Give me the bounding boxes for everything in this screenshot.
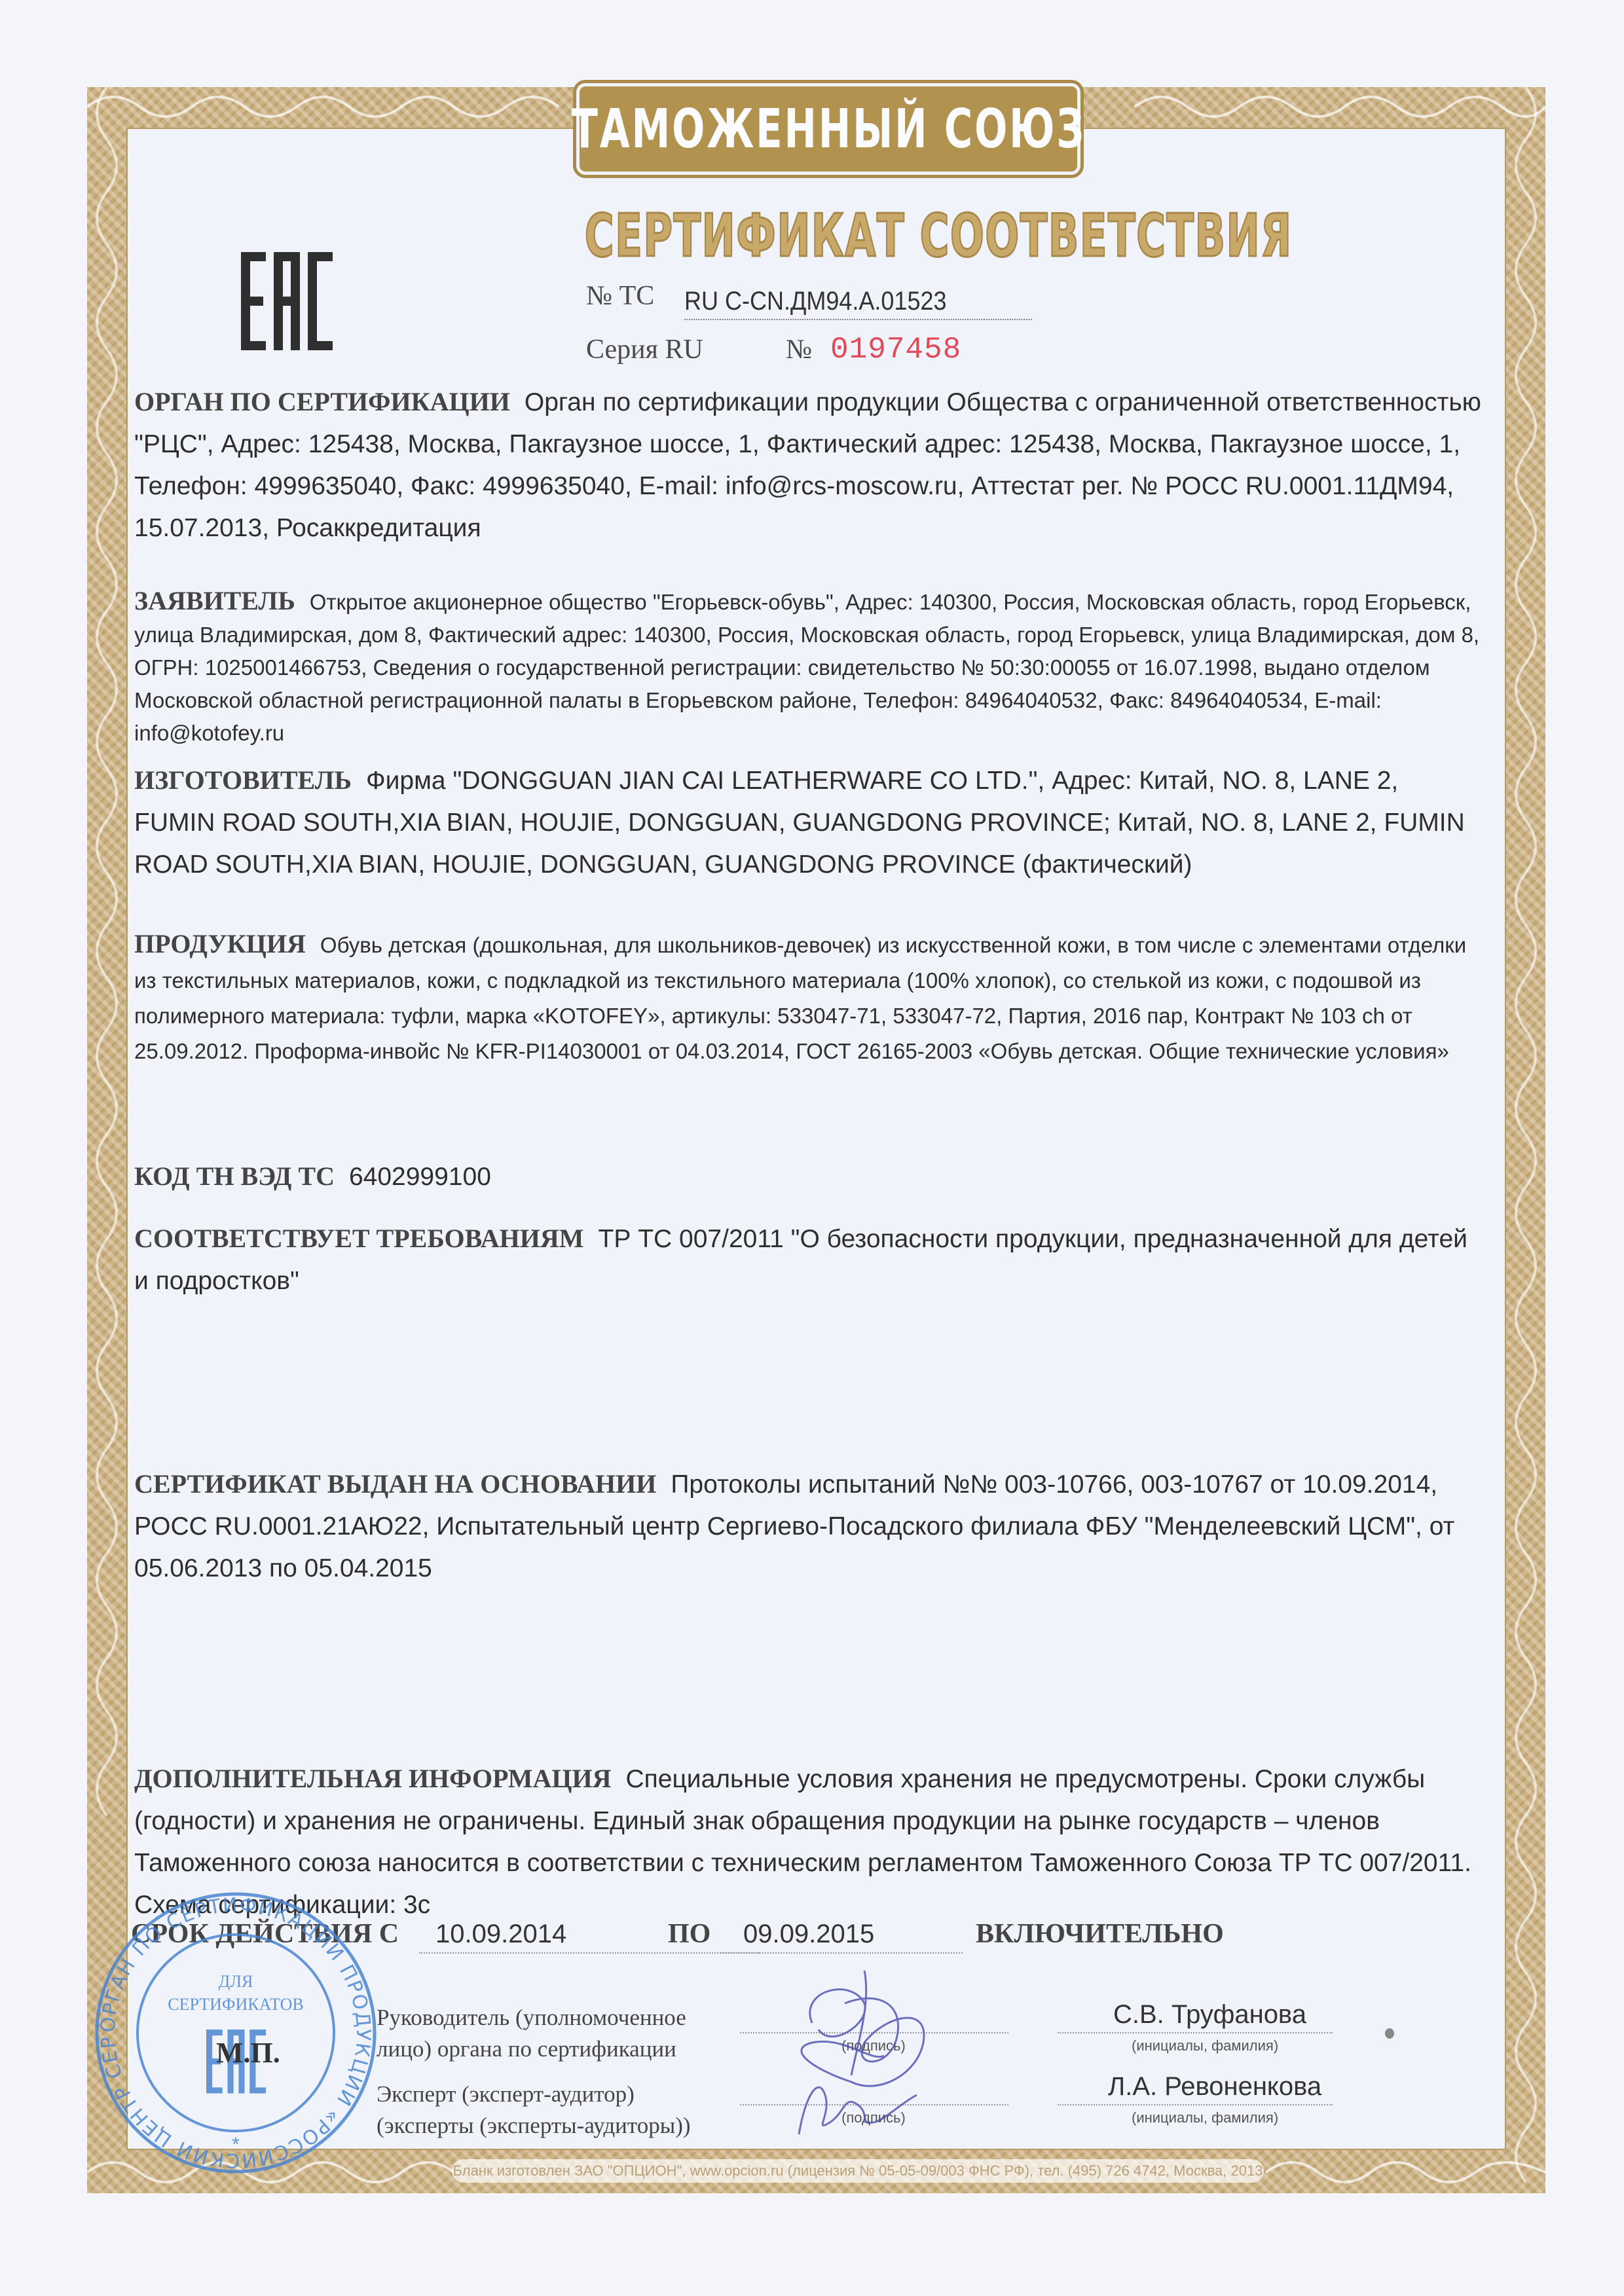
dotted-line	[419, 1952, 760, 1954]
banner-text: ТАМОЖЕННЫЙ СОЮЗ	[571, 98, 1085, 160]
section-applicant: ЗАЯВИТЕЛЬОткрытое акционерное общество "…	[134, 585, 1483, 750]
section-label: КОД ТН ВЭД ТС	[134, 1161, 335, 1191]
official-stamp-icon: ОРГАН ПО СЕРТИФИКАЦИИ ПРОДУКЦИИ «РОССИЙС…	[92, 1889, 380, 2177]
stamp-place-label: М.П.	[216, 2036, 280, 2069]
eac-logo-icon	[241, 252, 333, 350]
expert-label-line1: Эксперт (эксперт-аудитор)	[377, 2079, 691, 2110]
head-label-line2: лицо) органа по сертификации	[377, 2033, 686, 2065]
section-label: СЕРТИФИКАТ ВЫДАН НА ОСНОВАНИИ	[134, 1469, 656, 1499]
customs-union-banner: ТАМОЖЕННЫЙ СОЮЗ	[576, 83, 1080, 175]
section-text: Обувь детская (дошкольная, для школьнико…	[134, 933, 1466, 1063]
validity-inclusive: ВКЛЮЧИТЕЛЬНО	[976, 1918, 1224, 1950]
expert-label-line2: (эксперты (эксперты-аудиторы))	[377, 2110, 691, 2141]
section-product: ПРОДУКЦИЯОбувь детская (дошкольная, для …	[134, 926, 1483, 1069]
section-label: СООТВЕТСТВУЕТ ТРЕБОВАНИЯМ	[134, 1224, 584, 1253]
section-certification-body: ОРГАН ПО СЕРТИФИКАЦИИОрган по сертификац…	[134, 381, 1483, 549]
section-label: ОРГАН ПО СЕРТИФИКАЦИИ	[134, 387, 510, 416]
head-label: Руководитель (уполномоченное лицо) орган…	[377, 2002, 686, 2065]
section-label: ПРОДУКЦИЯ	[134, 929, 306, 958]
handwritten-signature-icon	[773, 1964, 1022, 2147]
expert-name: Л.А. Ревоненкова	[1108, 2072, 1321, 2102]
section-manufacturer: ИЗГОТОВИТЕЛЬФирма "DONGGUAN JIAN CAI LEA…	[134, 759, 1483, 886]
svg-text:СЕРТИФИКАТОВ: СЕРТИФИКАТОВ	[168, 1995, 303, 2014]
printer-footer: Бланк изготовлен ЗАО "ОПЦИОН", www.opcio…	[452, 2159, 1264, 2183]
svg-text:*: *	[232, 2134, 240, 2155]
name-line	[1058, 2032, 1333, 2033]
series-number: 0197458	[830, 333, 961, 367]
tc-number-value: RU C-CN.ДМ94.А.01523	[684, 287, 1032, 320]
validity-from-date: 10.09.2014	[435, 1920, 566, 1949]
name-caption: (инициалы, фамилия)	[1132, 2109, 1278, 2126]
section-label: ИЗГОТОВИТЕЛЬ	[134, 765, 352, 795]
name-caption: (инициалы, фамилия)	[1132, 2037, 1278, 2054]
section-complies-requirements: СООТВЕТСТВУЕТ ТРЕБОВАНИЯМТР ТС 007/2011 …	[134, 1218, 1483, 1302]
validity-to-date: 09.09.2015	[743, 1920, 874, 1949]
certificate-title: СЕРТИФИКАТ СООТВЕТСТВИЯ	[585, 202, 1065, 270]
section-label: ЗАЯВИТЕЛЬ	[134, 586, 295, 615]
tc-number-label: № ТС	[586, 280, 654, 312]
validity-to-label: ПО	[668, 1918, 710, 1950]
series-number-sign: №	[786, 334, 812, 365]
section-text: Открытое акционерное общество "Егорьевск…	[134, 590, 1479, 745]
name-line	[1058, 2104, 1333, 2105]
head-name: С.В. Труфанова	[1113, 2000, 1306, 2030]
head-label-line1: Руководитель (уполномоченное	[377, 2002, 686, 2033]
section-text: 6402999100	[349, 1163, 491, 1191]
section-label: ДОПОЛНИТЕЛЬНАЯ ИНФОРМАЦИЯ	[134, 1764, 611, 1793]
svg-text:ДЛЯ: ДЛЯ	[219, 1972, 253, 1991]
dotted-line	[720, 1952, 963, 1954]
series-label: Серия RU	[586, 334, 703, 365]
section-hs-code: КОД ТН ВЭД ТС6402999100	[134, 1156, 1483, 1198]
section-issued-basis: СЕРТИФИКАТ ВЫДАН НА ОСНОВАНИИПротоколы и…	[134, 1463, 1483, 1590]
expert-label: Эксперт (эксперт-аудитор) (эксперты (экс…	[377, 2079, 691, 2141]
ink-speck	[1385, 2028, 1394, 2039]
